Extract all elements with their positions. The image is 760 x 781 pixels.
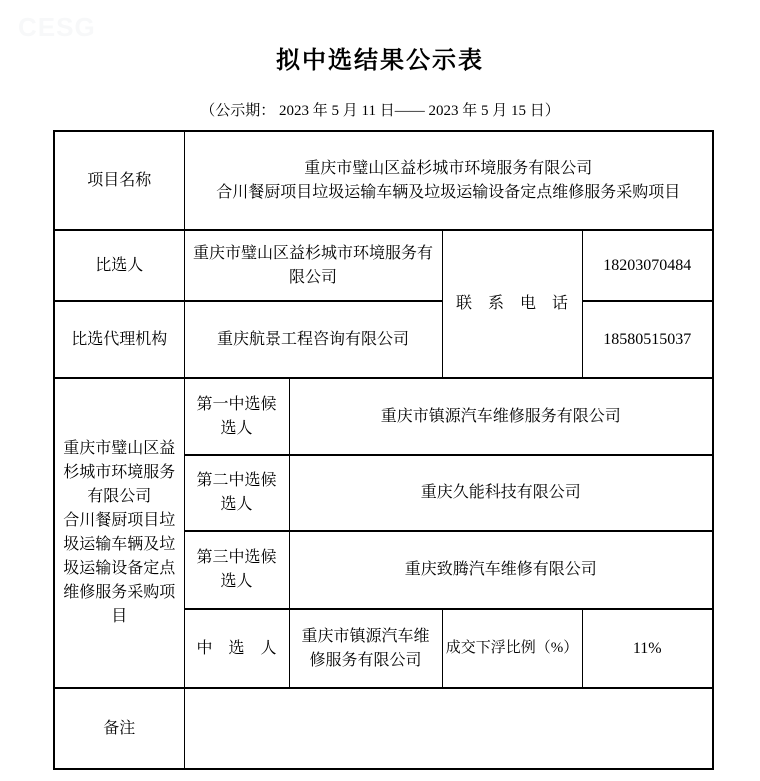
row-candidate-1: 重庆市璧山区益杉城市环境服务有限公司 合川餐厨项目垃圾运输车辆及垃圾运输设备定点… [54, 378, 713, 455]
agency-phone: 18580515037 [582, 301, 713, 378]
candidate-2-label: 第二中选候选人 [184, 455, 289, 531]
remark-label: 备注 [54, 688, 184, 769]
contact-phone-label: 联 系 电 话 [442, 230, 582, 378]
candidate-1-label: 第一中选候选人 [184, 378, 289, 455]
page-title: 拟中选结果公示表 [0, 0, 760, 75]
watermark-logo: CESG [18, 12, 96, 43]
agency-value: 重庆航景工程咨询有限公司 [184, 301, 442, 378]
winner-value: 重庆市镇源汽车维修服务有限公司 [289, 609, 442, 688]
row-agency: 比选代理机构 重庆航景工程咨询有限公司 18580515037 [54, 301, 713, 378]
row-remark: 备注 [54, 688, 713, 769]
candidate-2-value: 重庆久能科技有限公司 [289, 455, 713, 531]
bidder-label: 比选人 [54, 230, 184, 301]
candidate-3-value: 重庆致腾汽车维修有限公司 [289, 531, 713, 609]
winner-label: 中 选 人 [184, 609, 289, 688]
result-table: 项目名称 重庆市璧山区益杉城市环境服务有限公司 合川餐厨项目垃圾运输车辆及垃圾运… [53, 130, 714, 770]
publicity-period: （公示期： 2023 年 5 月 11 日—— 2023 年 5 月 15 日） [0, 99, 760, 120]
project-name-label: 项目名称 [54, 131, 184, 230]
row-bidder: 比选人 重庆市璧山区益杉城市环境服务有限公司 联 系 电 话 182030704… [54, 230, 713, 301]
discount-ratio-label: 成交下浮比例（%） [442, 609, 582, 688]
remark-value [184, 688, 713, 769]
project-name-value: 重庆市璧山区益杉城市环境服务有限公司 合川餐厨项目垃圾运输车辆及垃圾运输设备定点… [184, 131, 713, 230]
agency-label: 比选代理机构 [54, 301, 184, 378]
discount-ratio-value: 11% [582, 609, 713, 688]
row-project-name: 项目名称 重庆市璧山区益杉城市环境服务有限公司 合川餐厨项目垃圾运输车辆及垃圾运… [54, 131, 713, 230]
candidate-3-label: 第三中选候选人 [184, 531, 289, 609]
bidder-value: 重庆市璧山区益杉城市环境服务有限公司 [184, 230, 442, 301]
candidate-1-value: 重庆市镇源汽车维修服务有限公司 [289, 378, 713, 455]
bidder-phone: 18203070484 [582, 230, 713, 301]
project-summary-cell: 重庆市璧山区益杉城市环境服务有限公司 合川餐厨项目垃圾运输车辆及垃圾运输设备定点… [54, 378, 184, 688]
